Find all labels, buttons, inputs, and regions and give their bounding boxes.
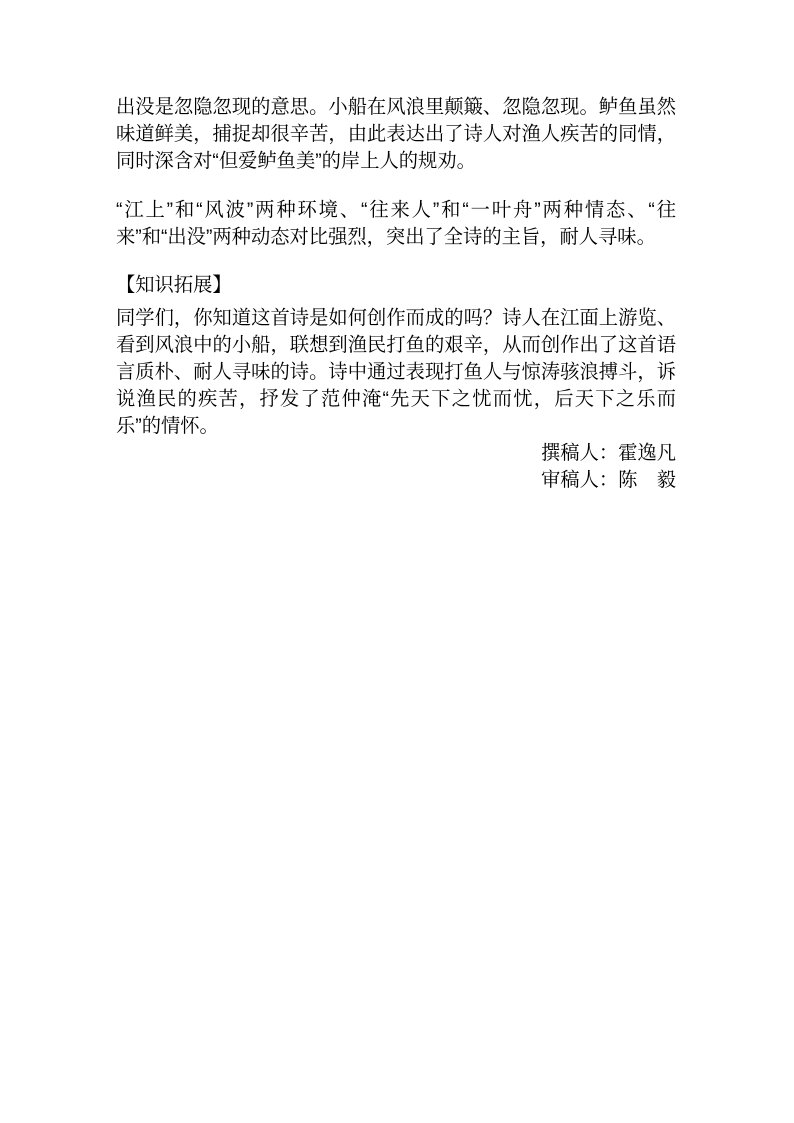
byline-reviewer: 审稿人：陈 毅	[116, 467, 676, 494]
byline-author: 撰稿人：霍逸凡	[116, 440, 676, 467]
section-heading-knowledge-expansion: 【知识拓展】	[116, 272, 676, 299]
paragraph-poem-explanation: 出没是忽隐忽现的意思。小船在风浪里颠簸、忽隐忽现。鲈鱼虽然味道鲜美，捕捉却很辛苦…	[116, 94, 676, 175]
document-page: 出没是忽隐忽现的意思。小船在风浪里颠簸、忽隐忽现。鲈鱼虽然味道鲜美，捕捉却很辛苦…	[0, 0, 794, 1123]
paragraph-contrast-analysis: “江上”和“风波”两种环境、“往来人”和“一叶舟”两种情态、“往来”和“出没”两…	[116, 197, 676, 251]
paragraph-knowledge-expansion: 同学们，你知道这首诗是如何创作而成的吗？诗人在江面上游览、看到风浪中的小船，联想…	[116, 305, 676, 440]
